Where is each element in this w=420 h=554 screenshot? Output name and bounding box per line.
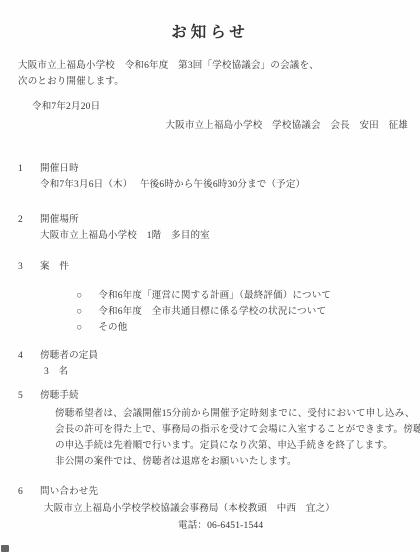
section-6-body: 大阪市立上福島小学校学校協議会事務局（本校教頭 中西 宜之）	[44, 503, 335, 515]
intro-line-1: 大阪市立上福島小学校 令和6年度 第3回「学校協議会」の会議を、	[18, 60, 319, 72]
intro-line-2: 次のとおり開催します。	[18, 76, 124, 88]
issue-date: 令和7年2月20日	[32, 101, 100, 113]
section-6-number: 6	[18, 486, 23, 498]
agenda-item-text: 令和6年度 全市共通目標に係る学校の状況について	[98, 307, 326, 317]
section-2-number: 2	[18, 214, 23, 226]
section-4-title: 傍聴者の定員	[40, 350, 98, 362]
agenda-item: ○その他	[66, 309, 127, 343]
section-5-title: 傍聴手続	[40, 390, 79, 402]
scan-artifact-mark	[1, 545, 9, 552]
section-5-line: 非公開の案件では、傍聴者は退席をお願いいたします。	[55, 453, 405, 467]
section-2-body: 大阪市立上福島小学校 1階 多目的室	[40, 230, 210, 242]
notice-title: お知らせ	[0, 20, 420, 42]
section-4-number: 4	[18, 350, 23, 362]
section-3-number: 3	[18, 261, 23, 273]
section-1-number: 1	[18, 163, 23, 175]
signature-line: 大阪市立上福島小学校 学校協議会 会長 安田 征雄	[165, 117, 408, 131]
section-5-line: 会長の許可を得た上で、事務局の指示を受けて会場に入室することができます。傍聴	[55, 421, 405, 435]
section-5-line: の申込手続は先着順で行います。定員になり次第、申込手続きを終了します。	[55, 437, 405, 451]
contact-phone: 電話：06-6451-1544	[178, 520, 263, 532]
section-1-body: 令和7年3月6日（木） 午後6時から午後6時30分まで（予定）	[40, 179, 305, 191]
agenda-item-text: その他	[98, 323, 127, 333]
notice-document-page: お知らせ 大阪市立上福島小学校 令和6年度 第3回「学校協議会」の会議を、 次の…	[0, 0, 420, 554]
section-5-number: 5	[18, 390, 23, 402]
section-4-body: 3 名	[44, 366, 68, 378]
section-1-title: 開催日時	[40, 163, 79, 175]
section-5-line: 傍聴希望者は、会議開催15分前から開催予定時刻までに、受付において申し込み、	[55, 405, 405, 419]
section-3-title: 案 件	[40, 261, 69, 273]
section-2-title: 開催場所	[40, 214, 79, 226]
circle-bullet-icon: ○	[76, 323, 98, 333]
section-6-title: 問い合わせ先	[40, 486, 98, 498]
